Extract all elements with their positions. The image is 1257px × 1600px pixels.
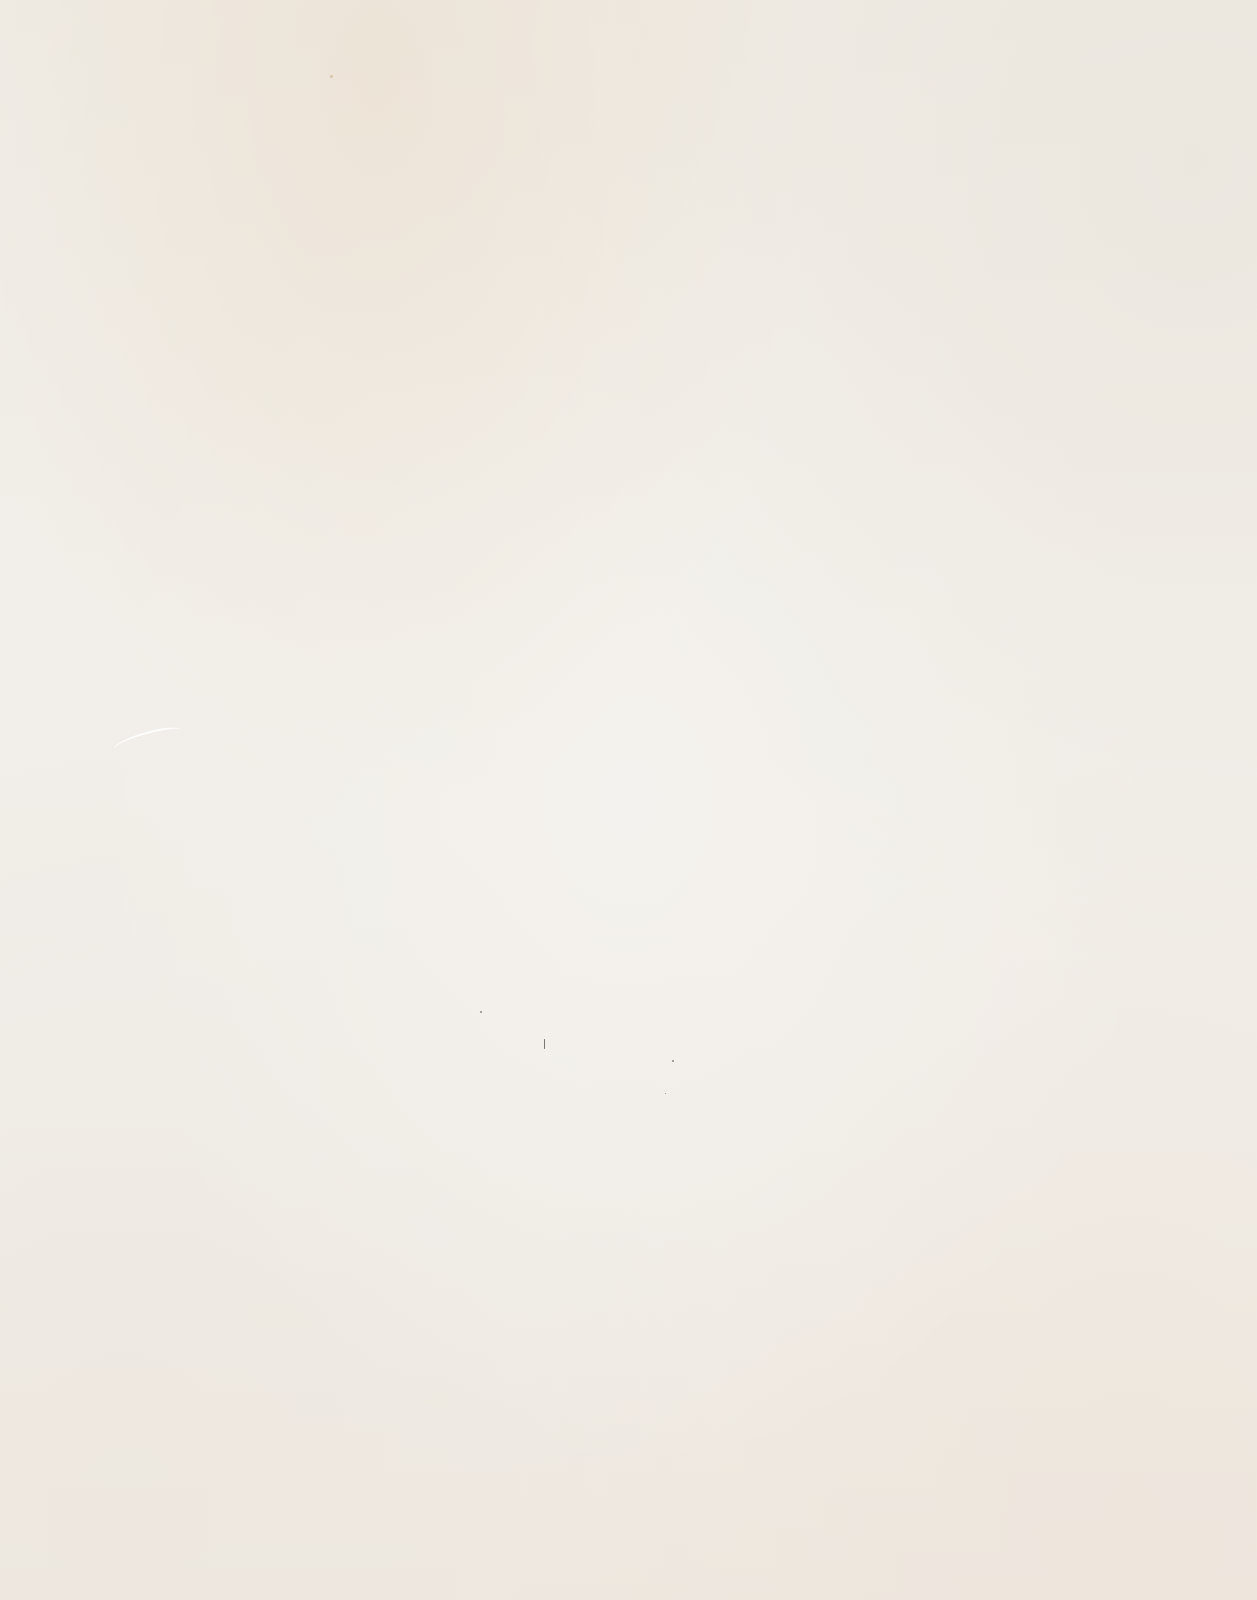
blank-paper-page [0, 0, 1257, 1600]
dust-speck [672, 1060, 674, 1062]
dust-speck [330, 75, 333, 78]
dust-speck [480, 1011, 482, 1013]
paper-crease [111, 724, 183, 756]
dust-speck [665, 1093, 666, 1094]
dust-speck [544, 1039, 545, 1049]
